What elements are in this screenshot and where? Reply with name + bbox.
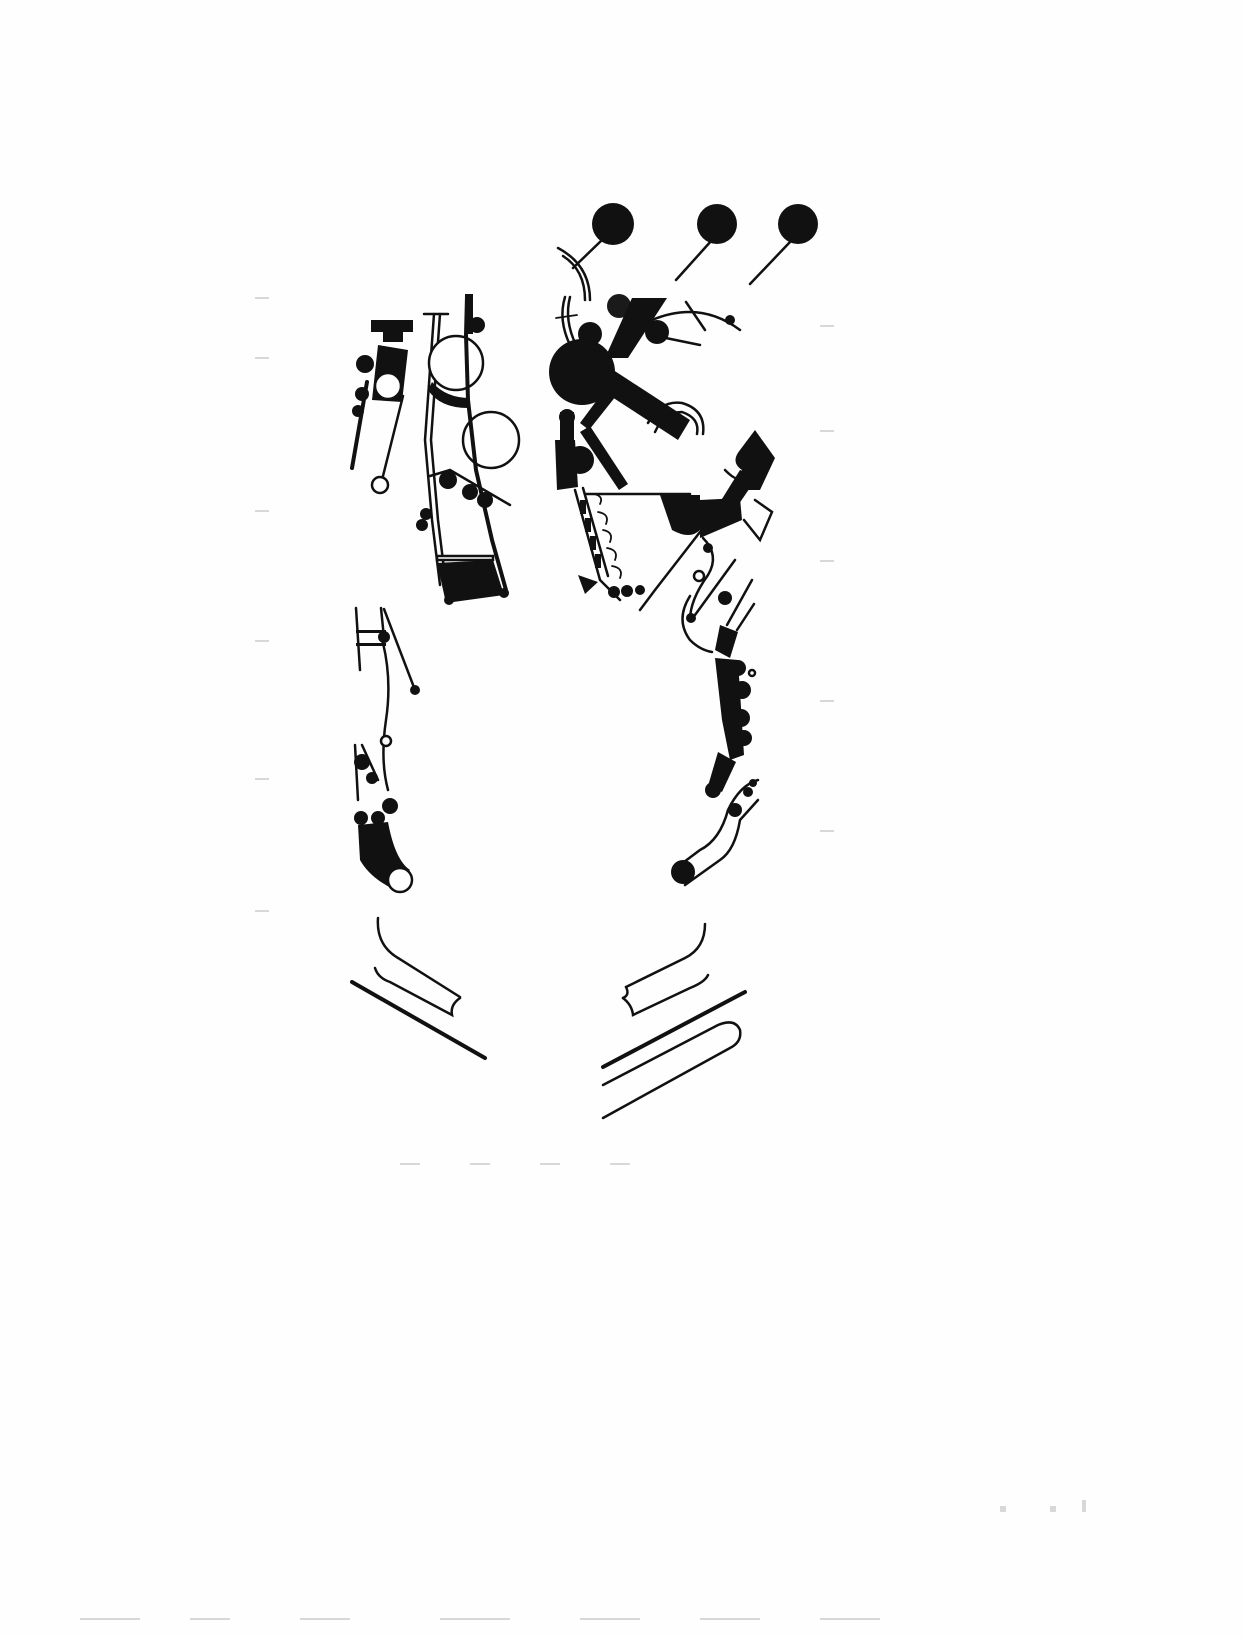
scanned-page <box>0 0 1243 1637</box>
center-spinner-assembly <box>549 248 740 490</box>
pop-bumper-3 <box>778 204 818 244</box>
right-mid-target-column <box>683 560 756 798</box>
right-upper-kicker <box>640 430 775 620</box>
flipper-guides <box>375 918 708 1015</box>
playfield-drawing <box>0 0 1243 1637</box>
outlane-rails <box>352 982 745 1118</box>
left-outlane-rail <box>352 982 485 1058</box>
scan-noise <box>80 297 1086 1620</box>
right-outlane-rail-upper <box>603 992 745 1067</box>
pop-bumper-1 <box>592 203 634 245</box>
pop-bumper-2 <box>697 204 737 244</box>
pop-bumpers <box>573 203 818 284</box>
right-outlane-rail-lower <box>603 1022 740 1118</box>
left-upper-lane-assembly <box>352 320 413 493</box>
left-flipper-guide <box>378 918 460 997</box>
left-orbit-ramp <box>416 294 519 605</box>
right-flipper-guide <box>626 924 705 987</box>
